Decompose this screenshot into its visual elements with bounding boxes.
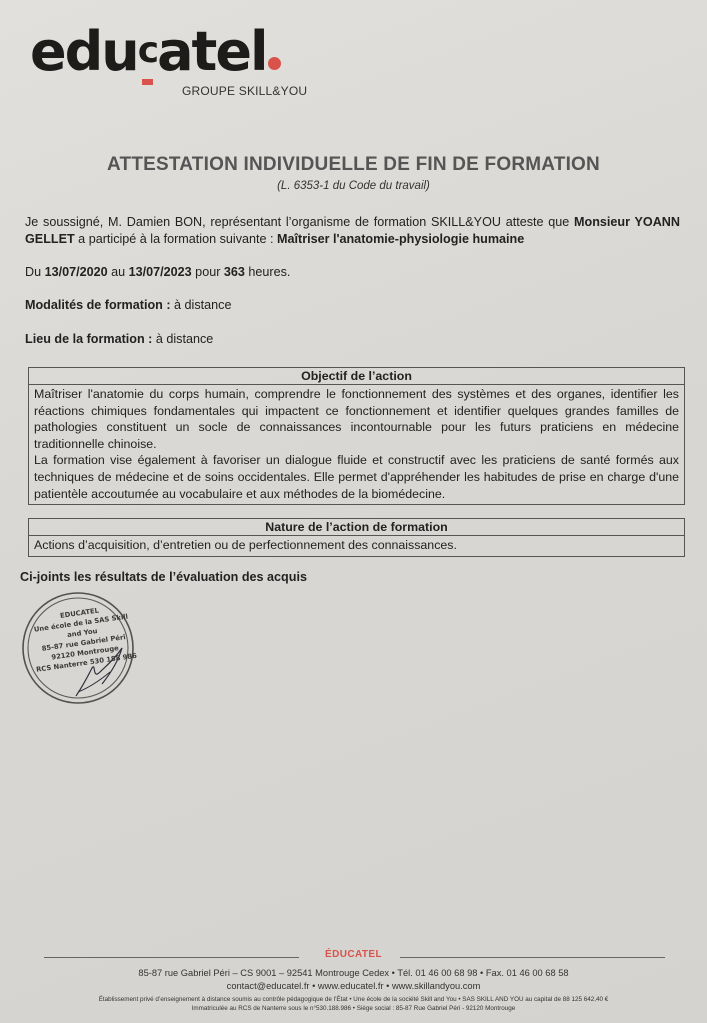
objective-box: Objectif de l’action Maîtriser l'anatomi…: [28, 367, 685, 505]
logo-c-letter: c: [138, 21, 157, 81]
footer-legal-1: Établissement privé d’enseignement à dis…: [0, 996, 707, 1003]
period-middle: au: [108, 265, 129, 279]
modalities-label: Modalités de formation :: [25, 298, 171, 312]
logo-c-mark: c: [138, 22, 157, 89]
training-period: Du 13/07/2020 au 13/07/2023 pour 363 heu…: [25, 264, 680, 281]
start-date: 13/07/2020: [45, 265, 108, 279]
intro-text-2: a participé à la formation suivante :: [75, 232, 277, 246]
footer-contact: contact@educatel.fr • www.educatel.fr • …: [0, 981, 707, 991]
educatel-logo: edu c atel GROUPE SKILL&YOU: [30, 22, 300, 89]
objective-paragraph-2: La formation vise également à favoriser …: [34, 452, 679, 502]
logo-wordmark: edu c atel: [30, 22, 300, 89]
intro-text: Je soussigné, M. Damien BON, représentan…: [25, 215, 574, 229]
end-date: 13/07/2023: [129, 265, 192, 279]
footer-address: 85-87 rue Gabriel Péri – CS 9001 – 92541…: [0, 968, 707, 978]
logo-text-start: edu: [30, 22, 138, 82]
logo-tagline: GROUPE SKILL&YOU: [182, 84, 307, 98]
intro-paragraph: Je soussigné, M. Damien BON, représentan…: [25, 214, 680, 248]
evaluation-results-note: Ci-joints les résultats de l’évaluation …: [20, 570, 307, 584]
training-location: Lieu de la formation : à distance: [25, 331, 680, 348]
hours-prefix: pour: [192, 265, 224, 279]
period-prefix: Du: [25, 265, 45, 279]
location-label: Lieu de la formation :: [25, 332, 152, 346]
modalities-value: à distance: [171, 298, 232, 312]
footer-brand: ÉDUCATEL: [0, 949, 707, 960]
training-modalities: Modalités de formation : à distance: [25, 297, 680, 314]
nature-header: Nature de l’action de formation: [29, 519, 684, 536]
nature-body: Actions d’acquisition, d’entretien ou de…: [29, 536, 684, 556]
logo-dot-icon: [268, 57, 281, 70]
objective-paragraph-1: Maîtriser l'anatomie du corps humain, co…: [34, 386, 679, 452]
document-title: ATTESTATION INDIVIDUELLE DE FIN DE FORMA…: [0, 154, 707, 176]
objective-body: Maîtriser l'anatomie du corps humain, co…: [29, 385, 684, 504]
legal-reference: (L. 6353-1 du Code du travail): [0, 180, 707, 192]
company-stamp: EDUCATEL Une école de la SAS Skill and Y…: [18, 588, 136, 706]
attestation-page: edu c atel GROUPE SKILL&YOU ATTESTATION …: [0, 0, 707, 1023]
logo-text-end: atel: [157, 22, 266, 82]
nature-box: Nature de l’action de formation Actions …: [28, 518, 685, 557]
training-hours: 363: [224, 265, 245, 279]
logo-underline-bar: [142, 79, 153, 85]
hours-suffix: heures.: [245, 265, 291, 279]
location-value: à distance: [152, 332, 213, 346]
course-name: Maîtriser l'anatomie-physiologie humaine: [277, 232, 524, 246]
objective-header: Objectif de l’action: [29, 368, 684, 385]
footer-legal-2: Immatriculée au RCS de Nanterre sous le …: [0, 1005, 707, 1012]
